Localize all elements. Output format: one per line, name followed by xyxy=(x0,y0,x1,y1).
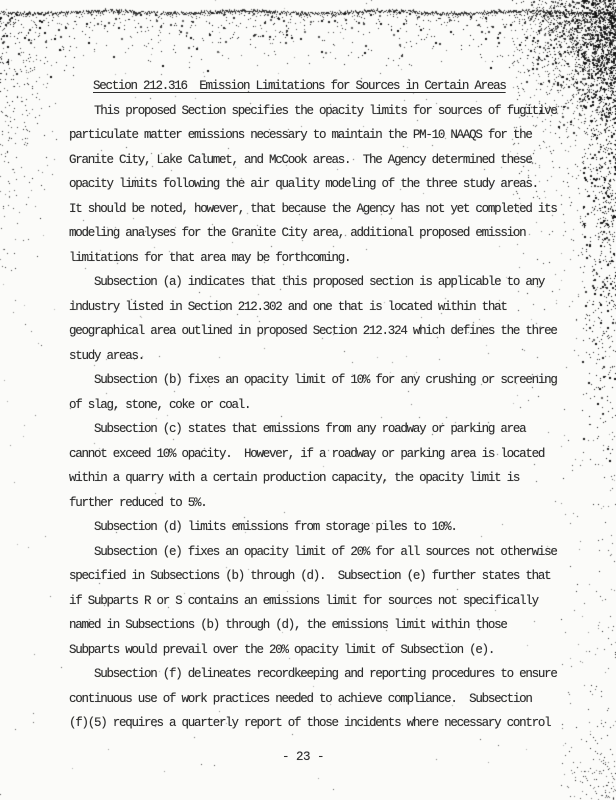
paragraph-subsection-d: Subsection (d) limits emissions from sto… xyxy=(69,515,575,540)
page-number: - 23 - xyxy=(0,750,606,764)
paragraph-subsection-c: Subsection (c) states that emissions fro… xyxy=(69,417,575,515)
section-heading: Section 212.316 Emission Limitations for… xyxy=(93,74,575,99)
paragraph-subsection-a: Subsection (a) indicates that this propo… xyxy=(69,270,575,368)
paragraph-overview: This proposed Section specifies the opac… xyxy=(69,99,575,271)
paragraph-subsection-b: Subsection (b) fixes an opacity limit of… xyxy=(69,368,575,417)
scanned-document-page: Section 212.316 Emission Limitations for… xyxy=(0,0,616,800)
document-body: Section 212.316 Emission Limitations for… xyxy=(69,74,575,736)
paragraph-subsection-e: Subsection (e) fixes an opacity limit of… xyxy=(69,540,575,663)
paragraph-subsection-f: Subsection (f) delineates recordkeeping … xyxy=(69,662,575,736)
